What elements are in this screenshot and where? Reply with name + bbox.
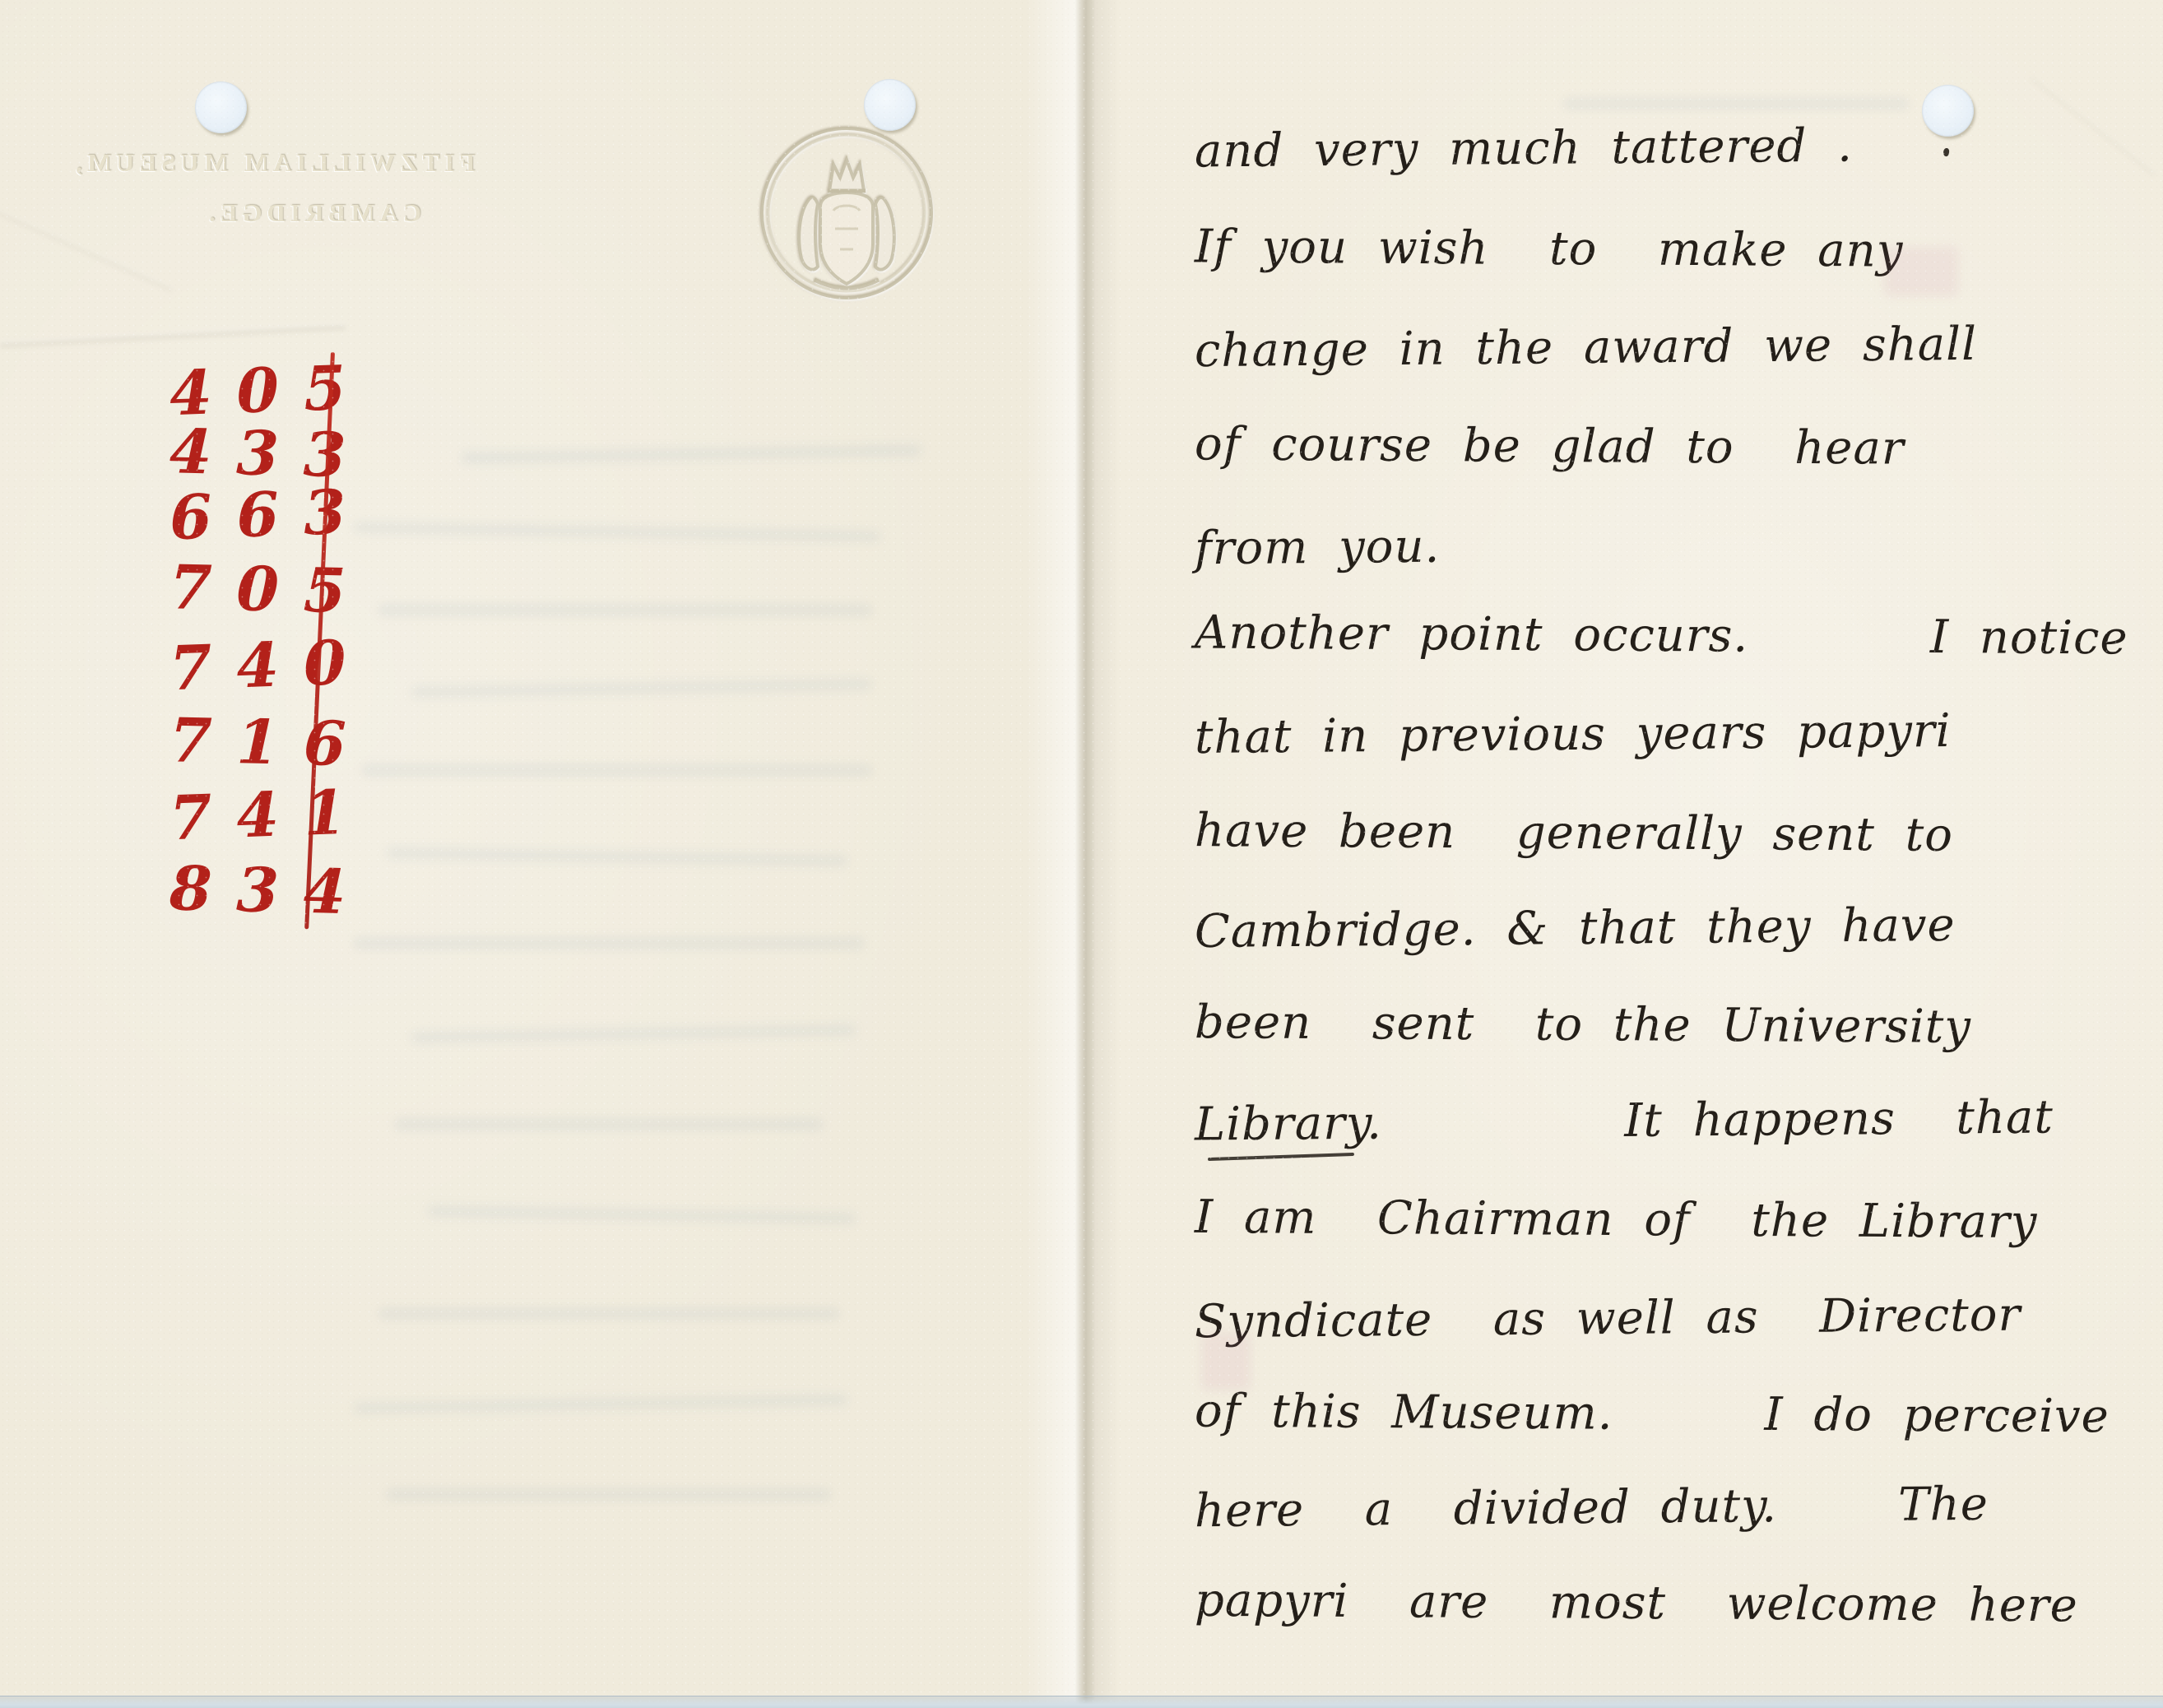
show-through-writing (354, 1395, 847, 1413)
handwritten-line: have been generally sent to (1195, 805, 1953, 861)
scanned-letter: FITZWILLIAM MUSEUM, CAMBRIDGE. (0, 0, 2163, 1708)
handwritten-line: Library. It happens that (1195, 1092, 2054, 1150)
red-accession-number: 741 (169, 782, 372, 849)
mirrored-letterhead-line1: FITZWILLIAM MUSEUM, (71, 148, 475, 178)
show-through-writing (378, 1308, 839, 1319)
show-through-writing (378, 605, 872, 615)
paper-crease (0, 207, 174, 291)
handwritten-line: Syndicate as well as Director (1195, 1290, 2021, 1348)
red-accession-number: 740 (169, 632, 372, 699)
handwritten-line: of course be glad to hear (1195, 419, 1905, 474)
handwritten-line: If you wish to make any (1195, 221, 1904, 276)
punch-hole-icon (864, 79, 916, 131)
scanner-edge-strip (0, 1696, 2163, 1708)
handwritten-line: from you. (1195, 522, 1441, 574)
red-accession-number: 705 (169, 557, 371, 623)
show-through-writing (411, 679, 872, 698)
handwritten-line: Cambridge. & that they have (1195, 900, 1956, 958)
handwritten-line: and very much tattered . (1195, 121, 1853, 178)
handwritten-line: been sent to the University (1195, 997, 1971, 1052)
paper-crease (0, 323, 346, 347)
show-through-writing (354, 938, 864, 949)
handwritten-line: that in previous years papyri (1195, 706, 1952, 763)
handwritten-line: I am Chairman of the Library (1195, 1192, 2038, 1248)
punch-hole-icon (1922, 85, 1974, 137)
handwritten-line: papyri are most welcome here (1195, 1576, 2078, 1631)
handwritten-line: change in the award we shall (1195, 319, 1977, 377)
mirrored-letterhead-line2: CAMBRIDGE. (204, 198, 421, 228)
red-accession-number: 405 (169, 357, 372, 425)
handwritten-line: Another point occurs. I notice (1195, 608, 2128, 665)
red-accession-number: 663 (169, 481, 372, 549)
show-through-writing (428, 1205, 856, 1223)
handwritten-line: here a divided duty. The (1195, 1479, 1989, 1537)
left-page: FITZWILLIAM MUSEUM, CAMBRIDGE. (0, 0, 1094, 1708)
show-through-writing (387, 1489, 831, 1500)
show-through-writing (362, 765, 872, 776)
red-accession-number: 716 (169, 710, 371, 776)
show-through-writing (387, 847, 847, 866)
embossed-crest-seal-icon (755, 122, 938, 304)
show-through-writing (354, 522, 880, 541)
punch-hole-icon (195, 81, 247, 133)
handwritten-line: of this Museum. I do perceive (1195, 1386, 2110, 1442)
show-through-writing (395, 1119, 823, 1130)
show-through-writing (411, 1024, 856, 1042)
show-through-writing (461, 444, 921, 464)
red-accession-number: 834 (169, 858, 371, 924)
